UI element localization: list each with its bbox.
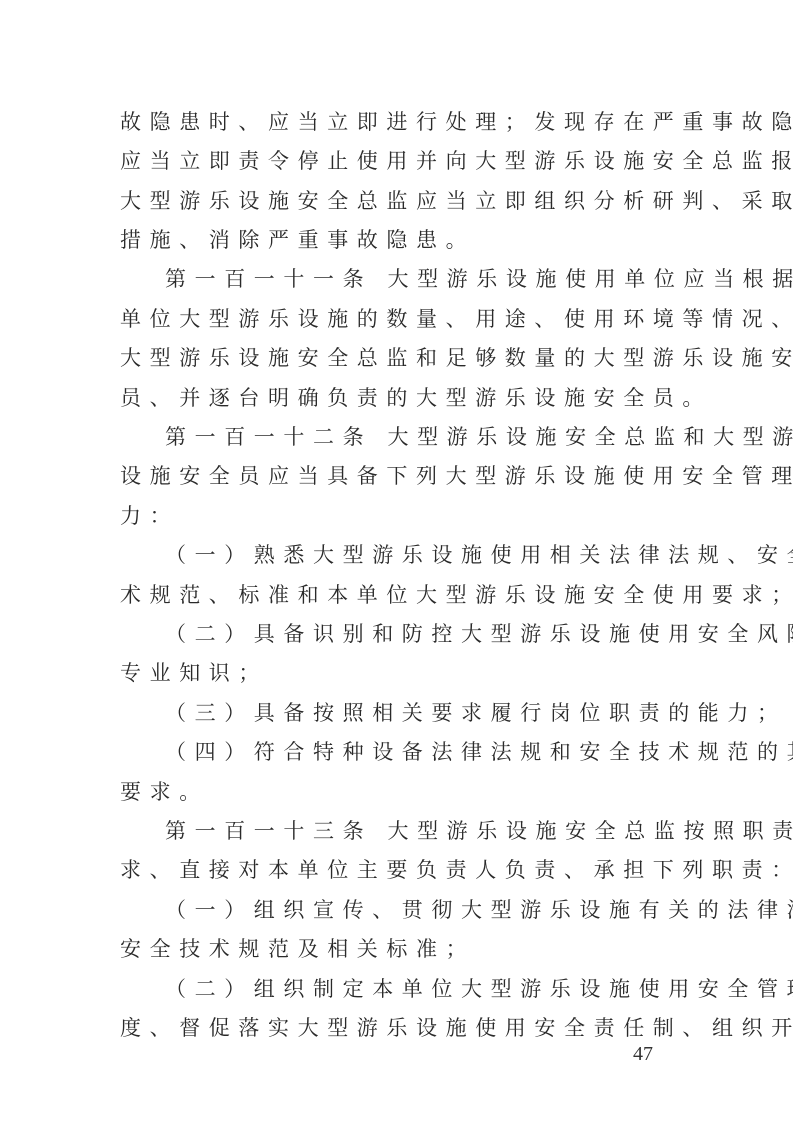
text-line: 力： [120,501,680,531]
article-heading-line: 第一百一十一条 大型游乐设施使用单位应当根据本 [165,264,725,294]
text-line: 员、并逐台明确负责的大型游乐设施安全员。 [120,383,680,413]
text-line: 故隐患时、应当立即进行处理；发现存在严重事故隐患时、 [120,107,680,137]
text-line: 术规范、标准和本单位大型游乐设施安全使用要求； [120,580,680,610]
text-line: 大型游乐设施安全总监应当立即组织分析研判、采取处置 [120,186,680,216]
text-line: 单位大型游乐设施的数量、用途、使用环境等情况、配备 [120,304,680,334]
text-line: 求、直接对本单位主要负责人负责、承担下列职责： [120,855,680,885]
text-line: 要求。 [120,777,680,807]
list-item-line: （二）具备识别和防控大型游乐设施使用安全风险的 [165,619,725,649]
text-line: 专业知识； [120,658,680,688]
list-item-line: （一）熟悉大型游乐设施使用相关法律法规、安全技 [165,540,725,570]
list-item-line: （二）组织制定本单位大型游乐设施使用安全管理制 [165,974,725,1004]
article-heading-line: 第一百一十二条 大型游乐设施安全总监和大型游乐 [165,422,725,452]
text-line: 大型游乐设施安全总监和足够数量的大型游乐设施安全 [120,343,680,373]
document-page: 故隐患时、应当立即进行处理；发现存在严重事故隐患时、 应当立即责令停止使用并向大… [0,0,793,1122]
text-line: 安全技术规范及相关标准； [120,934,680,964]
text-line: 措施、消除严重事故隐患。 [120,225,680,255]
text-line: 度、督促落实大型游乐设施使用安全责任制、组织开展大 [120,1013,680,1043]
list-item-line: （一）组织宣传、贯彻大型游乐设施有关的法律法规、 [165,895,725,925]
list-item-line: （四）符合特种设备法律法规和安全技术规范的其他 [165,737,725,767]
page-number: 47 [633,1043,653,1066]
list-item-line: （三）具备按照相关要求履行岗位职责的能力； [165,698,725,728]
article-heading-line: 第一百一十三条 大型游乐设施安全总监按照职责要 [165,816,725,846]
text-line: 设施安全员应当具备下列大型游乐设施使用安全管理能 [120,461,680,491]
text-line: 应当立即责令停止使用并向大型游乐设施安全总监报告、 [120,146,680,176]
